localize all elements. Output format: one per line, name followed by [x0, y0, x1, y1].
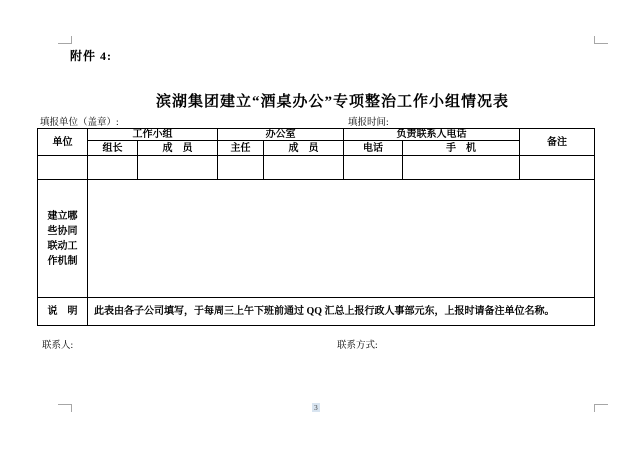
margin-corner-mark-bottom-left-icon: [58, 404, 72, 412]
col-header-unit: 单位: [38, 129, 88, 156]
attachment-label: 附件 4:: [70, 47, 112, 64]
col-header-phone: 电话: [344, 141, 403, 156]
margin-corner-mark-bottom-right-icon: [594, 404, 608, 412]
col-header-members-group: 成 员: [138, 141, 218, 156]
margin-corner-mark-top-right-icon: [594, 36, 608, 44]
col-header-director: 主任: [218, 141, 264, 156]
input-cell-mechanism[interactable]: [88, 180, 595, 298]
report-time-label: 填报时间:: [348, 114, 389, 128]
report-unit-label: 填报单位（盖章）:: [40, 114, 119, 128]
page-title: 滨湖集团建立“酒桌办公”专项整治工作小组情况表: [71, 90, 594, 111]
row-label-mechanism-text: 建立哪些协同联动工作机制: [44, 209, 81, 269]
col-header-leader: 组长: [88, 141, 138, 156]
work-group-info-table: 单位 工作小组 办公室 负责联系人电话 备注 组长 成 员 主任 成 员 电话 …: [37, 128, 595, 326]
col-header-work-group: 工作小组: [88, 129, 218, 141]
input-cell-phone[interactable]: [344, 156, 403, 180]
col-header-mobile: 手 机: [403, 141, 520, 156]
col-header-remark: 备注: [520, 129, 595, 156]
input-cell-unit[interactable]: [38, 156, 88, 180]
input-cell-director[interactable]: [218, 156, 264, 180]
input-cell-members-office[interactable]: [264, 156, 344, 180]
page-number: 3: [312, 403, 320, 412]
col-header-office: 办公室: [218, 129, 344, 141]
input-cell-mobile[interactable]: [403, 156, 520, 180]
col-header-contact-phones: 负责联系人电话: [344, 129, 520, 141]
input-cell-remark[interactable]: [520, 156, 595, 180]
contact-method-label: 联系方式:: [337, 337, 378, 351]
contact-label: 联系人:: [42, 337, 73, 351]
input-cell-leader[interactable]: [88, 156, 138, 180]
margin-corner-mark-top-left-icon: [58, 36, 72, 44]
note-text: 此表由各子公司填写，于每周三上午下班前通过 QQ 汇总上报行政人事部元东，上报时…: [88, 298, 595, 326]
row-label-mechanism: 建立哪些协同联动工作机制: [38, 180, 88, 298]
document-page: 附件 4: 滨湖集团建立“酒桌办公”专项整治工作小组情况表 填报单位（盖章）: …: [0, 0, 639, 453]
col-header-members-office: 成 员: [264, 141, 344, 156]
note-label: 说 明: [38, 298, 88, 326]
input-cell-members-group[interactable]: [138, 156, 218, 180]
